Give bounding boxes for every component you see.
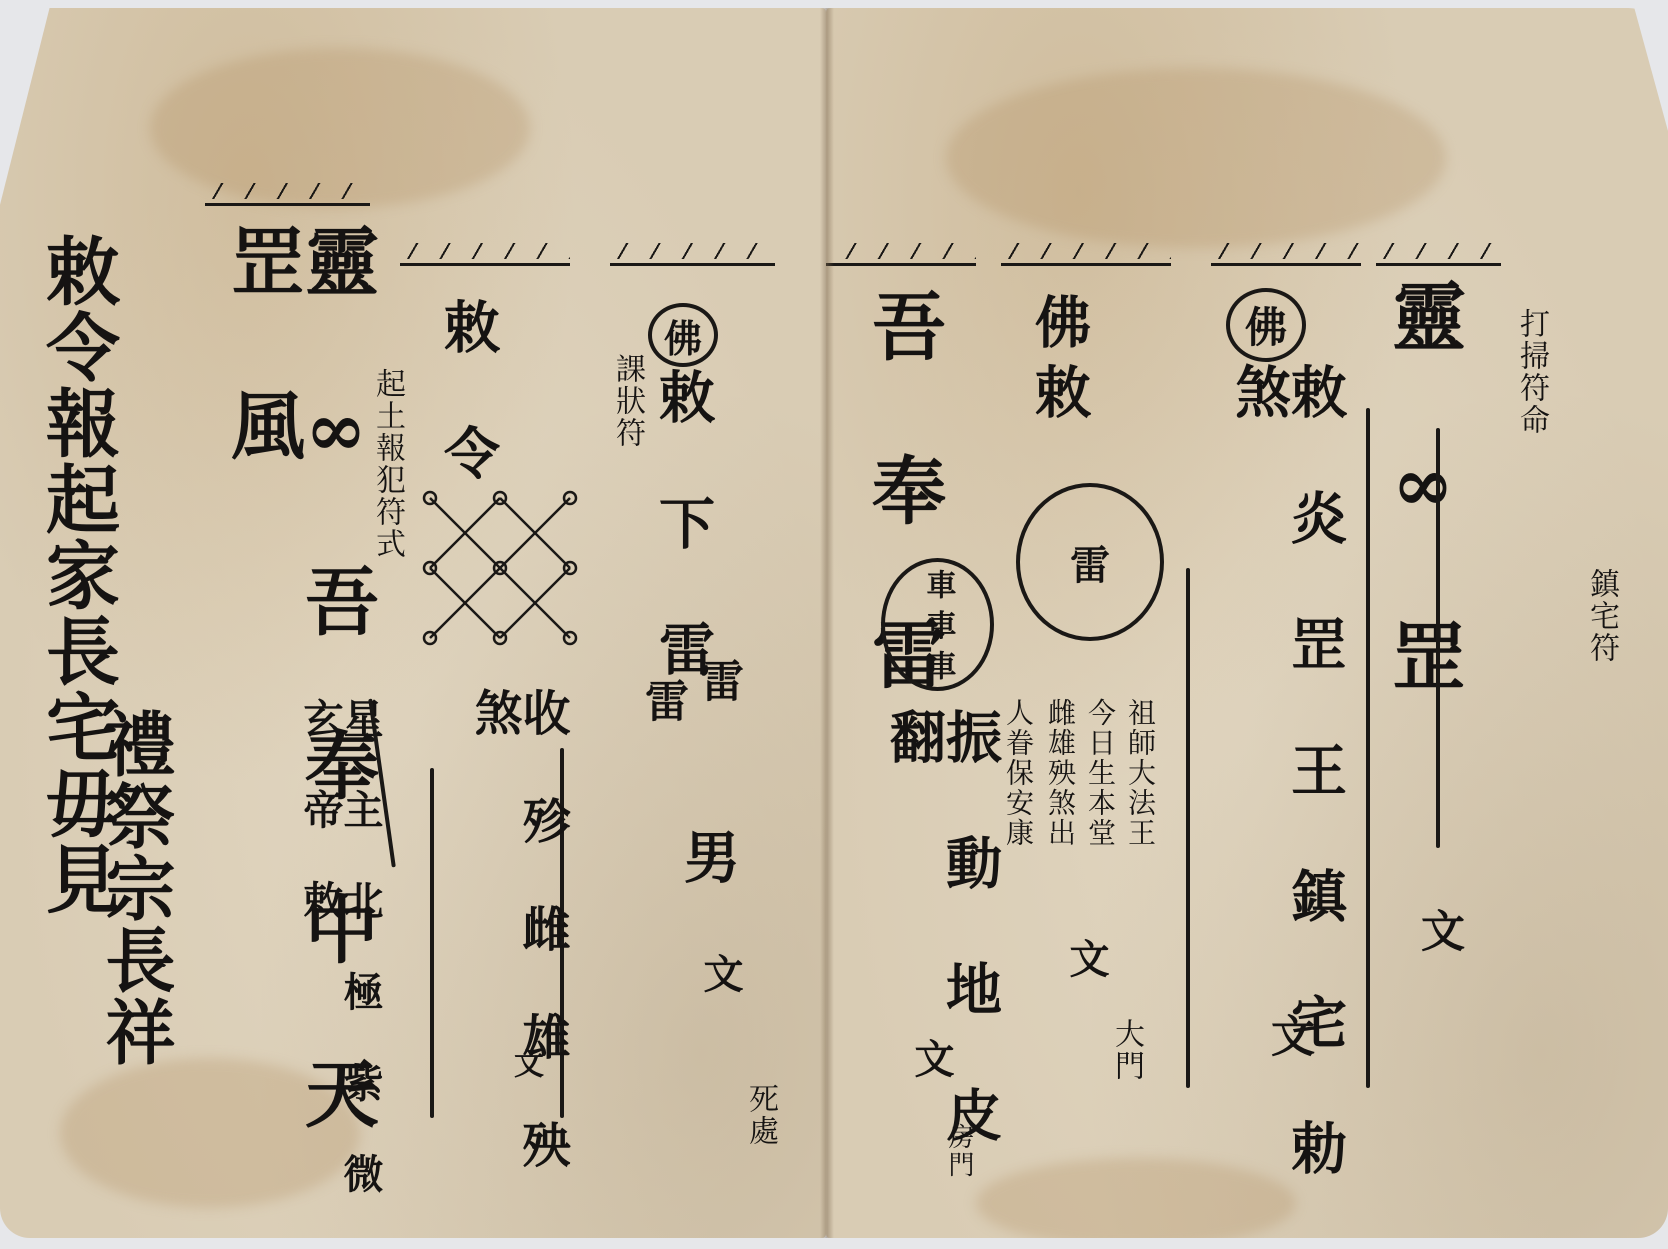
annotation-line-4: 人眷保安康 (1004, 698, 1032, 848)
talisman-4-lower-text: 振 動 地 皮 翻 (886, 708, 998, 1238)
talisman-6-main-text: 敕 令 (440, 298, 496, 482)
talisman-3-placement-note: 大門 (1111, 1018, 1141, 1082)
talisman-3-main-text: 敕 (1031, 363, 1087, 421)
talisman-frame-left (1366, 408, 1370, 1088)
talisman-lattice-diagram (420, 488, 580, 648)
zigzag-header-stroke (610, 243, 775, 266)
thunder-seal-circle: 雷 (1016, 483, 1164, 641)
talisman-7-inner-text: 星 主 北 極 紫 微 玄 帝 敕 (300, 698, 380, 1238)
talisman-5-side-text-1: 雷 (640, 678, 684, 724)
talisman-5-placement-note: 死處 (745, 1083, 775, 1147)
talisman-6-title-annotation: 起土報犯符式 (372, 368, 402, 560)
talisman-frame-left (1186, 568, 1190, 1088)
buddha-seal-circle: 佛 (648, 303, 718, 367)
buddha-seal-circle: 佛 (1226, 288, 1306, 362)
talisman-5-main-text: 敕 下 雷 (655, 368, 711, 678)
talisman-5-title-annotation: 課狀符 (612, 353, 642, 449)
talisman-1-ending: 文 (1416, 908, 1460, 954)
talisman-2-ending: 文 (1266, 1013, 1310, 1059)
annotation-line-2: 今日生本堂 (1086, 698, 1114, 848)
talisman-center-stroke (1436, 428, 1440, 848)
open-manuscript-book: 敕令報起家長宅毋見 禮祭宗長祥 靈 ∞ 吾 奉 中 天 罡 風 星 主 北 極 … (0, 8, 1668, 1244)
subtitle-annotation: 鎮宅符 (1586, 568, 1616, 664)
zigzag-header-stroke (1211, 243, 1361, 266)
zigzag-header-stroke (1001, 243, 1171, 266)
talisman-frame-left (430, 768, 434, 1118)
talisman-6-ending: 文 (510, 1048, 540, 1080)
talisman-2-main-text: 敕 炎 罡 王 鎮 宅 勅 煞 (1231, 363, 1343, 1238)
talisman-3-header: 佛 (1031, 293, 1087, 351)
talisman-1-main-text: 靈 ∞ 罡 (1386, 278, 1460, 694)
annotation-line-1: 祖師大法王 (1126, 698, 1154, 848)
talisman-4-placement-note: 房門 (946, 1123, 972, 1179)
book-spine (820, 8, 834, 1238)
vehicle-seal-cloud: 車 車 車 (881, 558, 994, 691)
zigzag-header-stroke (400, 243, 570, 266)
talisman-5-lower-text: 男 (680, 828, 736, 886)
zigzag-header-stroke (205, 183, 370, 206)
talisman-5-ending: 文 (700, 953, 740, 995)
command-text-line-2: 禮祭宗長祥 (100, 708, 170, 1068)
talisman-4-ending: 文 (911, 1038, 951, 1080)
left-page: 敕令報起家長宅毋見 禮祭宗長祥 靈 ∞ 吾 奉 中 天 罡 風 星 主 北 極 … (0, 8, 826, 1238)
talisman-5-side-text-2: 雷 (695, 658, 739, 704)
water-stain (946, 68, 1446, 248)
talisman-3-ending: 文 (1066, 938, 1106, 980)
zigzag-header-stroke (1376, 243, 1501, 266)
annotation-line-3: 雌雄殃煞出 (1046, 698, 1074, 848)
talisman-6-lower-text: 收 殄 雌 雄 殃 煞 (470, 688, 566, 1238)
right-page: 吾 奉 雷 車 車 車 振 動 地 皮 翻 文 房門 佛 敕 雷 祖師大法王 今… (826, 8, 1668, 1238)
title-annotation: 打掃符命 (1516, 308, 1546, 436)
